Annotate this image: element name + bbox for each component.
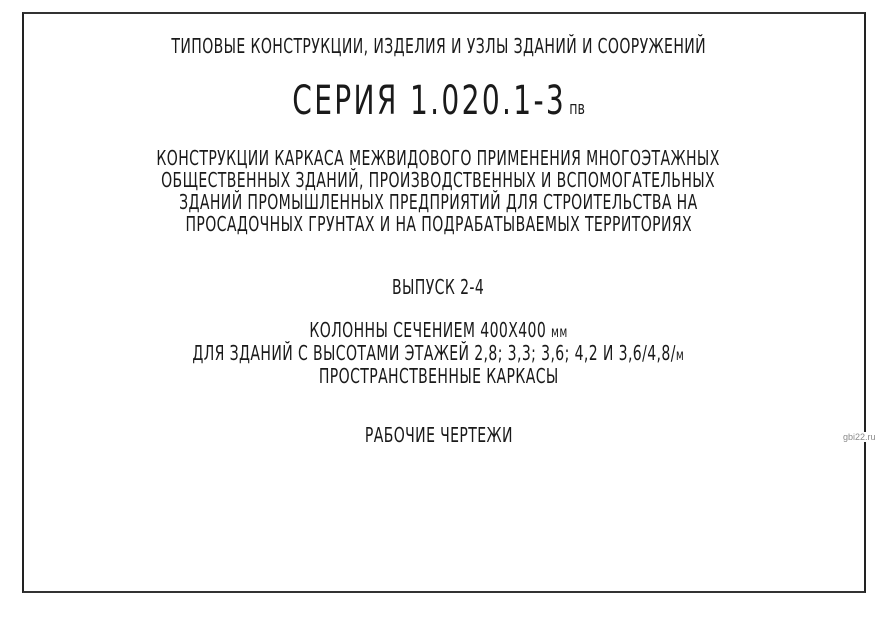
issue-number: ВЫПУСК 2-4 [0, 275, 877, 299]
unit-label: мм [551, 323, 568, 341]
description-line-text: ПРОСАДОЧНЫХ ГРУНТАХ И НА ПОДРАБАТЫВАЕМЫХ… [185, 212, 692, 236]
series-title: СЕРИЯ 1.020.1-3пв [0, 78, 877, 124]
drawing-type: РАБОЧИЕ ЧЕРТЕЖИ [0, 423, 877, 447]
description-line-text: КОНСТРУКЦИИ КАРКАСА МЕЖВИДОВОГО ПРИМЕНЕН… [157, 146, 720, 170]
series-label: СЕРИЯ 1.020.1-3 [292, 78, 566, 124]
description-line: ПРОСАДОЧНЫХ ГРУНТАХ И НА ПОДРАБАТЫВАЕМЫХ… [0, 212, 877, 236]
header-title: ТИПОВЫЕ КОНСТРУКЦИИ, ИЗДЕЛИЯ И УЗЛЫ ЗДАН… [0, 34, 877, 58]
drawing-type-text: РАБОЧИЕ ЧЕРТЕЖИ [364, 423, 512, 447]
description-line-text: ОБЩЕСТВЕННЫХ ЗДАНИЙ, ПРОИЗВОДСТВЕННЫХ И … [162, 168, 716, 192]
description-line: ОБЩЕСТВЕННЫХ ЗДАНИЙ, ПРОИЗВОДСТВЕННЫХ И … [0, 168, 877, 192]
frame-type-text: ПРОСТРАНСТВЕННЫЕ КАРКАСЫ [319, 364, 559, 388]
issue-number-text: ВЫПУСК 2-4 [392, 275, 484, 299]
watermark: gbi22.ru [842, 432, 877, 442]
unit-label: м [676, 346, 684, 364]
description-line-text: ЗДАНИЙ ПРОМЫШЛЕННЫХ ПРЕДПРИЯТИЙ ДЛЯ СТРО… [179, 190, 698, 214]
columns-section-line: КОЛОННЫ СЕЧЕНИЕМ 400Х400 мм [0, 318, 877, 342]
description-line: ЗДАНИЙ ПРОМЫШЛЕННЫХ ПРЕДПРИЯТИЙ ДЛЯ СТРО… [0, 190, 877, 214]
header-title-text: ТИПОВЫЕ КОНСТРУКЦИИ, ИЗДЕЛИЯ И УЗЛЫ ЗДАН… [171, 34, 706, 58]
columns-section-text: КОЛОННЫ СЕЧЕНИЕМ 400Х400 [309, 318, 546, 342]
floor-heights-text: ДЛЯ ЗДАНИЙ С ВЫСОТАМИ ЭТАЖЕЙ 2,8; 3,3; 3… [193, 341, 676, 365]
frame-type-line: ПРОСТРАНСТВЕННЫЕ КАРКАСЫ [0, 364, 877, 388]
description-line: КОНСТРУКЦИИ КАРКАСА МЕЖВИДОВОГО ПРИМЕНЕН… [0, 146, 877, 170]
floor-heights-line: ДЛЯ ЗДАНИЙ С ВЫСОТАМИ ЭТАЖЕЙ 2,8; 3,3; 3… [0, 341, 877, 365]
series-suffix: пв [569, 98, 585, 119]
